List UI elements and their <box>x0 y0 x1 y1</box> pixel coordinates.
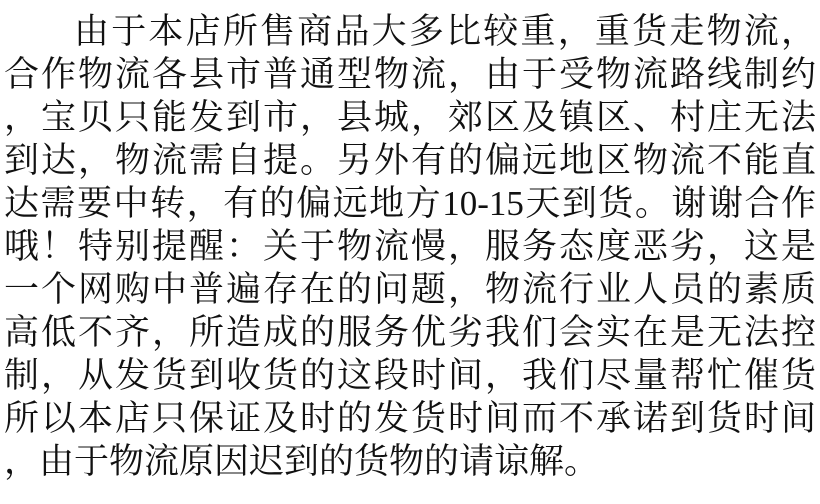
shipping-notice-paragraph: 由于本店所售商品大多比较重，重货走物流， 合作物流各县市普通型物流，由于受物流路… <box>4 10 816 483</box>
text-line: 高低不齐，所造成的服务优劣我们会实在是无法控 <box>4 311 816 354</box>
text-line: 到达，物流需自提。另外有的偏远地区物流不能直 <box>4 139 816 182</box>
text-line: 所以本店只保证及时的发货时间而不承诺到货时间 <box>4 397 816 440</box>
text-line: 一个网购中普遍存在的问题，物流行业人员的素质 <box>4 268 816 311</box>
text-line: 哦！特别提醒：关于物流慢，服务态度恶劣，这是 <box>4 225 816 268</box>
text-line: 达需要中转，有的偏远地方10-15天到货。谢谢合作 <box>4 182 816 225</box>
text-line: 合作物流各县市普通型物流，由于受物流路线制约 <box>4 53 816 96</box>
text-line: 制，从发货到收货的这段时间，我们尽量帮忙催货 <box>4 354 816 397</box>
text-line: ，由于物流原因迟到的货物的请谅解。 <box>4 440 816 483</box>
text-line: ，宝贝只能发到市，县城，郊区及镇区、村庄无法 <box>4 96 816 139</box>
text-line: 由于本店所售商品大多比较重，重货走物流， <box>4 10 816 53</box>
notice-page: 由于本店所售商品大多比较重，重货走物流， 合作物流各县市普通型物流，由于受物流路… <box>0 0 820 504</box>
